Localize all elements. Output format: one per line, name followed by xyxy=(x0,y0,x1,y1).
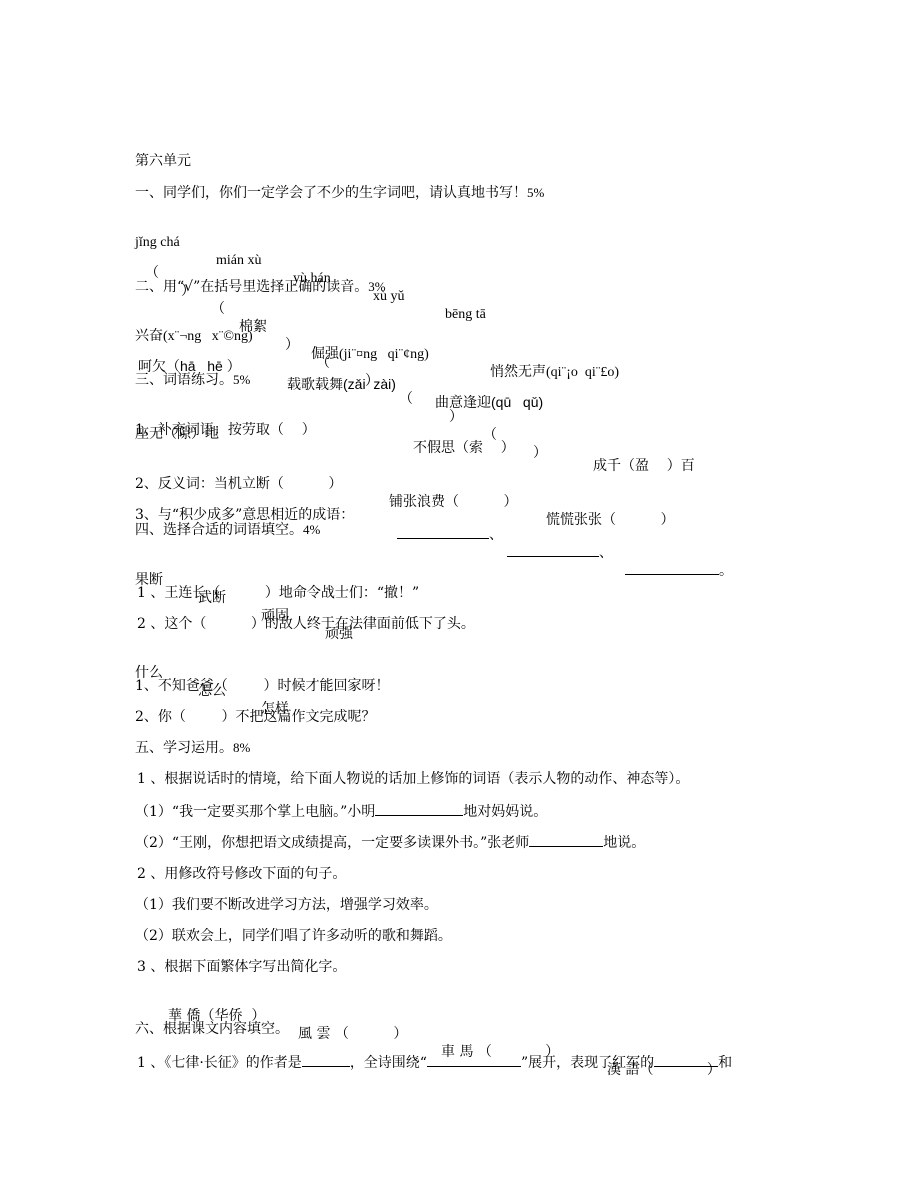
section-1-score: 5% xyxy=(527,185,544,200)
section-5-q3: 3 、根据下面繁体字写出简化字。 xyxy=(137,958,346,976)
section-4-word-bank-a: 果断 武断 顽固 顽强 xyxy=(135,553,153,661)
blank-2[interactable] xyxy=(507,542,599,557)
section-5-q2a: （1）我们要不断改进学习方法，增强学习效率。 xyxy=(135,896,438,914)
section-5-q2: 2 、用修改符号修改下面的句子。 xyxy=(137,865,346,883)
section-6-heading: 六、根据课文内容填空。 xyxy=(135,1020,289,1038)
pinyin-5: bēng tā xyxy=(445,306,486,324)
word-item: 悄然无声(qi¨¡o qi¨£o) xyxy=(490,363,619,382)
section-4-b2: 2、你（ ）不把这篇作文完成呢？ xyxy=(135,708,376,726)
section-1-heading-text: 一、同学们，你们一定学会了不少的生字词吧，请认真地书写！ xyxy=(135,185,527,201)
section-4-a1: 1 、王连长（ ）地命令战士们：“撤！” xyxy=(137,584,419,602)
blank-3[interactable] xyxy=(625,560,719,575)
section-5-q3-items: 華 僑（华侨 ） 風 雲 （ ） 車 馬 （ ） 漢 語（ ） xyxy=(135,989,153,1097)
section-4-heading: 四、选择合适的词语填空。4% xyxy=(135,521,320,539)
blank-q1a[interactable] xyxy=(375,801,463,816)
section-1-heading: 一、同学们，你们一定学会了不少的生字词吧，请认真地书写！5% xyxy=(135,184,544,202)
section-5-q1a: （1）“我一定要买那个掌上电脑。”小明地对妈妈说。 xyxy=(135,801,547,821)
blank-spirit[interactable] xyxy=(654,1052,718,1067)
pinyin-2: mián xù xyxy=(216,252,262,270)
section-6-q1: 1 、《七律·长征》的作者是，全诗围绕“”展开，表现了红军的和 xyxy=(137,1052,732,1072)
word-item: 倔强(ji¨¤ng qi¨¢ng) xyxy=(311,345,429,364)
blank-1[interactable] xyxy=(397,524,489,539)
section-5-q1b: （2）“王刚，你想把语文成绩提高，一定要多读课外书。”张老师地说。 xyxy=(135,832,645,852)
section-2-score: 3% xyxy=(368,279,385,294)
section-5-heading: 五、学习运用。8% xyxy=(135,739,250,757)
section-3-heading: 三、词语练习。5% xyxy=(135,371,250,389)
blank-theme[interactable] xyxy=(427,1052,521,1067)
section-2-heading: 二、用“√”在括号里选择正确的读音。3% xyxy=(135,278,386,296)
word-item: 载歌载舞(zǎi zài) xyxy=(287,375,396,394)
word-item: 曲意逢迎(qū qǔ) xyxy=(435,393,543,412)
section-4-a2: 2 、这个（ ）的敌人终于在法律面前低下了头。 xyxy=(137,615,475,633)
unit-title: 第六单元 xyxy=(135,152,191,170)
section-3-q1-wrap: 座无（隙）地 xyxy=(135,425,219,443)
section-4-b1: 1、不知爸爸（ ）时候才能回家呀！ xyxy=(135,677,390,695)
section-2-heading-text: 二、用“√”在括号里选择正确的读音。 xyxy=(135,279,368,295)
section-5-q2b: （2）联欢会上，同学们唱了许多动听的歌和舞蹈。 xyxy=(135,927,452,945)
blank-author[interactable] xyxy=(302,1052,350,1067)
blank-q1b[interactable] xyxy=(529,832,603,847)
section-5-q1: 1 、根据说话时的情境，给下面人物说的话加上修饰的词语（表示人物的动作、神态等）… xyxy=(137,770,689,788)
